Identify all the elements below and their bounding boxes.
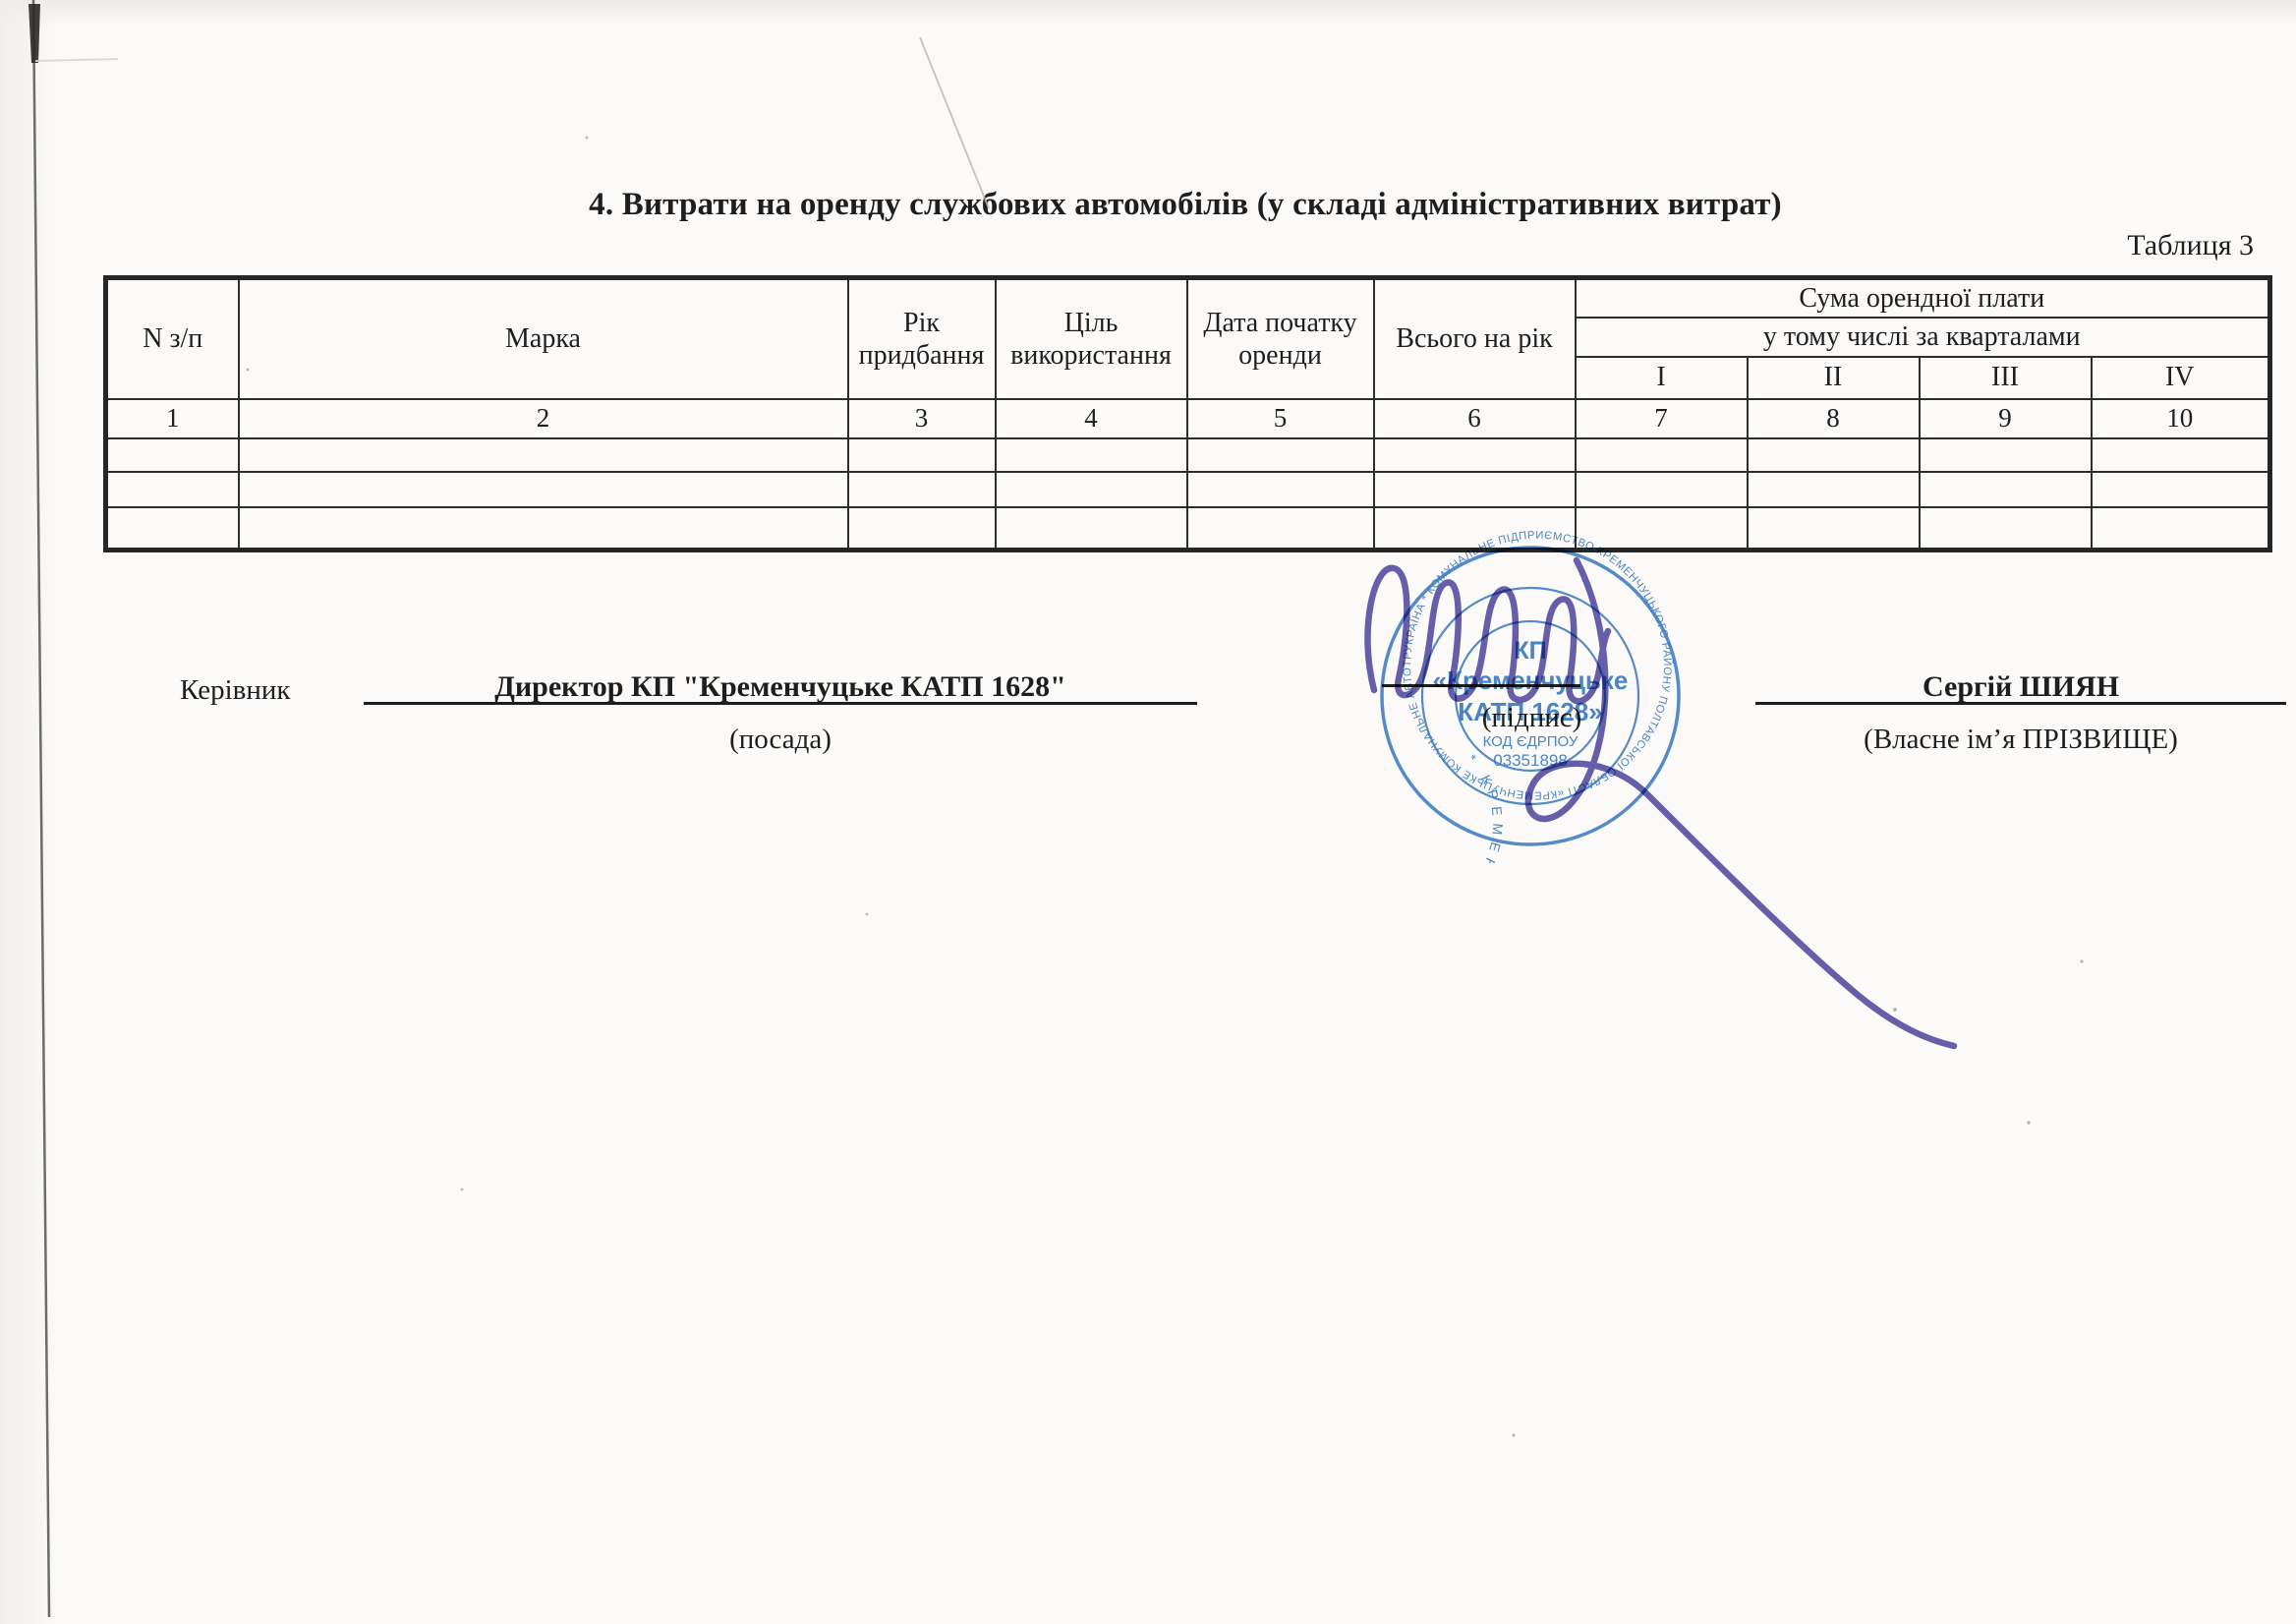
table-cell bbox=[106, 438, 239, 472]
table-cell bbox=[2092, 472, 2270, 507]
table-cell bbox=[848, 472, 996, 507]
table-cell bbox=[996, 472, 1187, 507]
table-empty-rows bbox=[106, 438, 2270, 551]
column-number: 5 bbox=[1187, 399, 1374, 438]
header-quarter-4: IV bbox=[2092, 357, 2270, 399]
stamp-center-line3: КАТП 1628» bbox=[1458, 697, 1602, 726]
table-cell bbox=[106, 472, 239, 507]
table-cell bbox=[848, 438, 996, 472]
table-cell bbox=[1920, 438, 2092, 472]
header-brand: Марка bbox=[239, 278, 848, 399]
header-rent-sum: Сума орендної плати bbox=[1576, 278, 2270, 318]
table-cell bbox=[1920, 507, 2092, 551]
page-edge-line bbox=[33, 0, 49, 1617]
table-cell bbox=[996, 438, 1187, 472]
leader-label: Керівник bbox=[180, 674, 291, 707]
document-title: 4. Витрати на оренду службових автомобіл… bbox=[103, 187, 2267, 223]
table-cell bbox=[239, 507, 848, 551]
header-num: N з/п bbox=[106, 278, 239, 399]
corner-mark bbox=[29, 4, 40, 63]
stamp-center-line2: «Кременчуцьке bbox=[1433, 666, 1629, 695]
column-number: 3 bbox=[848, 399, 996, 438]
table-cell bbox=[2092, 507, 2270, 551]
header-total-year: Всього на рік bbox=[1374, 278, 1576, 399]
table-cell bbox=[996, 507, 1187, 551]
position-value: Директор КП "Кременчуцьке КАТП 1628" bbox=[364, 670, 1197, 704]
header-quarters-note: у тому числі за кварталами bbox=[1576, 318, 2270, 357]
column-number: 10 bbox=[2092, 399, 2270, 438]
table-row bbox=[106, 472, 2270, 507]
table-cell bbox=[1748, 438, 1920, 472]
corner-fold-line bbox=[35, 59, 118, 61]
table-cell bbox=[239, 438, 848, 472]
stamp-ring-inner-text: * КРЕМЕНЧУЦЬКОЇ МІСЬКОЇ РАДИ * bbox=[1363, 739, 1506, 863]
table-row bbox=[106, 438, 2270, 472]
header-quarter-1: I bbox=[1576, 357, 1748, 399]
table-cell bbox=[106, 507, 239, 551]
table-cell bbox=[239, 472, 848, 507]
column-number: 1 bbox=[106, 399, 239, 438]
table-cell bbox=[1187, 507, 1374, 551]
table-cell bbox=[1920, 472, 2092, 507]
table-cell bbox=[1748, 472, 1920, 507]
header-start-date: Дата початку оренди bbox=[1187, 278, 1374, 399]
rent-expenses-table: N з/п Марка Рік придбання Ціль використа… bbox=[103, 275, 2272, 552]
name-caption: (Власне ім’я ПРІЗВИЩЕ) bbox=[1755, 724, 2286, 756]
stamp-center-line5: 03351898 bbox=[1493, 751, 1568, 770]
scratch-line bbox=[920, 37, 989, 208]
scanned-document-page: 4. Витрати на оренду службових автомобіл… bbox=[0, 0, 2296, 1624]
table-cell bbox=[1374, 438, 1576, 472]
column-number: 6 bbox=[1374, 399, 1576, 438]
column-numbers-row: 1 2 3 4 5 6 7 8 9 10 bbox=[106, 399, 2270, 438]
table-number-label: Таблиця 3 bbox=[103, 229, 2254, 262]
svg-text:* КРЕМЕНЧУЦЬКОЇ МІСЬКОЇ РАДИ *: * КРЕМЕНЧУЦЬКОЇ МІСЬКОЇ РАДИ * bbox=[1363, 739, 1506, 863]
table-cell bbox=[1576, 472, 1748, 507]
column-number: 8 bbox=[1748, 399, 1920, 438]
table-row bbox=[106, 507, 2270, 551]
column-number: 2 bbox=[239, 399, 848, 438]
table-cell bbox=[848, 507, 996, 551]
header-purpose: Ціль використання bbox=[996, 278, 1187, 399]
header-year: Рік придбання bbox=[848, 278, 996, 399]
column-number: 7 bbox=[1576, 399, 1748, 438]
table-cell bbox=[1187, 438, 1374, 472]
table-cell bbox=[1374, 472, 1576, 507]
stamp-center-line1: КП bbox=[1514, 637, 1546, 665]
stamp-center-line4: КОД ЄДРПОУ bbox=[1483, 733, 1578, 750]
table-cell bbox=[1576, 438, 1748, 472]
position-caption: (посада) bbox=[364, 724, 1197, 756]
table-cell bbox=[1187, 472, 1374, 507]
company-round-stamp-icon: УКРАЇНА * КОМУНАЛЬНЕ ПІДПРИЄМСТВО КРЕМЕН… bbox=[1363, 529, 1697, 863]
header-quarter-3: III bbox=[1920, 357, 2092, 399]
table-cell bbox=[1748, 507, 1920, 551]
table-header-row-1: N з/п Марка Рік придбання Ціль використа… bbox=[106, 278, 2270, 318]
column-number: 9 bbox=[1920, 399, 2092, 438]
column-number: 4 bbox=[996, 399, 1187, 438]
header-quarter-2: II bbox=[1748, 357, 1920, 399]
table-cell bbox=[2092, 438, 2270, 472]
name-value: Сергій ШИЯН bbox=[1755, 670, 2286, 704]
